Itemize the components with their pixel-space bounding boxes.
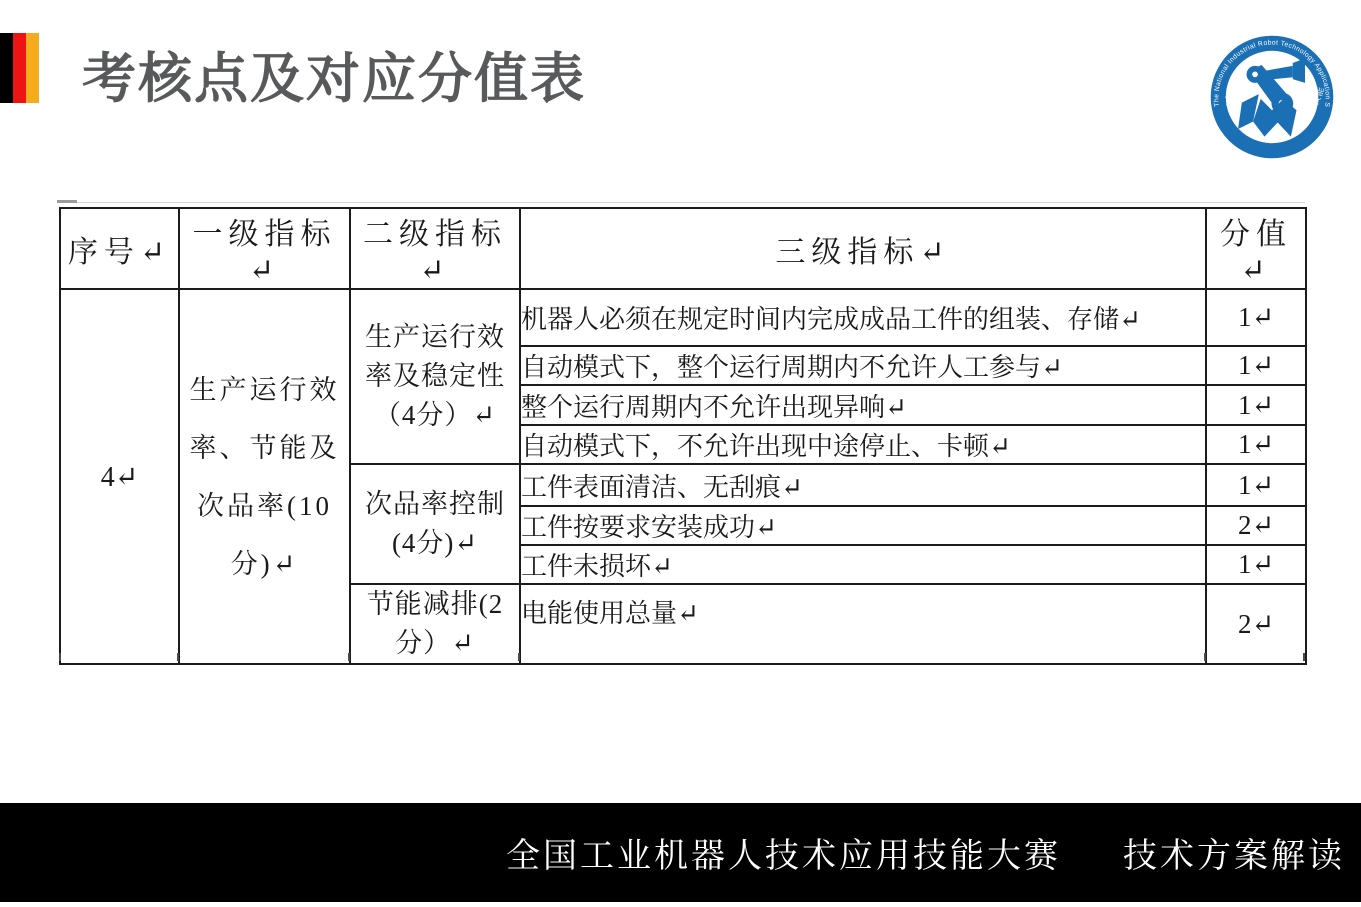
cell-level3-indicator: 整个运行周期内不允许出现异响↵ — [520, 385, 1206, 425]
flag-stripe-black — [0, 33, 13, 103]
column-line-stub — [59, 653, 61, 661]
footer-bar: 全国工业机器人技术应用技能大赛 技术方案解读 — [0, 803, 1361, 902]
competition-logo: The National Industrial Robot Technology… — [1206, 31, 1338, 163]
header-cell-level3: 三级指标↵ — [520, 208, 1206, 289]
header-cell-score: 分值↵ — [1206, 208, 1306, 289]
cell-level2-indicator: 生产运行效 率及稳定性 （4分）↵ — [350, 289, 520, 464]
cell-level2-indicator: 节能减排(2 分）↵ — [350, 584, 520, 664]
score-table: 序号↵ 一级指标↵ 二级指标↵ 三级指标↵ 分值↵ 4↵ 生产运行效 率、节能及… — [59, 207, 1307, 665]
header-cell-serial: 序号↵ — [60, 208, 179, 289]
cell-level3-indicator: 自动模式下，整个运行周期内不允许人工参与↵ — [520, 346, 1206, 385]
cell-level2-indicator: 次品率控制 (4分)↵ — [350, 464, 520, 584]
footer-doc-title: 技术方案解读 — [1123, 828, 1345, 877]
table-header-row: 序号↵ 一级指标↵ 二级指标↵ 三级指标↵ 分值↵ — [60, 208, 1306, 289]
footer-competition-name: 全国工业机器人技术应用技能大赛 — [506, 828, 1061, 877]
cell-level3-indicator: 电能使用总量↵ — [520, 584, 1206, 664]
table-row: 4↵ 生产运行效 率、节能及 次品率(10 分)↵ 生产运行效 率及稳定性 （4… — [60, 289, 1306, 346]
column-line-stub — [1204, 653, 1206, 661]
column-line-stub — [348, 653, 350, 661]
header-cell-level2: 二级指标↵ — [350, 208, 520, 289]
header-cell-level1: 一级指标↵ — [179, 208, 350, 289]
cell-level3-indicator: 工件表面清洁、无刮痕↵ — [520, 464, 1206, 506]
cell-level3-indicator: 自动模式下，不允许出现中途停止、卡顿↵ — [520, 425, 1206, 464]
flag-stripe-red — [13, 33, 26, 103]
cell-level3-indicator: 工件未损坏↵ — [520, 545, 1206, 584]
column-line-stub — [1303, 653, 1305, 661]
slide-canvas: { "slide": { "title": "考核点及对应分值表", "flag… — [0, 0, 1361, 907]
cell-score: 1↵ — [1206, 289, 1306, 346]
cell-score: 1↵ — [1206, 425, 1306, 464]
cell-score: 1↵ — [1206, 385, 1306, 425]
cell-score: 1↵ — [1206, 545, 1306, 584]
cell-serial: 4↵ — [60, 289, 179, 664]
faint-gridline — [59, 202, 1305, 203]
cell-level1-indicator: 生产运行效 率、节能及 次品率(10 分)↵ — [179, 289, 350, 664]
flag-stripe-gold — [26, 33, 39, 103]
cell-score: 1↵ — [1206, 346, 1306, 385]
column-line-stub — [177, 653, 179, 661]
column-line-stub — [518, 653, 520, 661]
cell-score: 2↵ — [1206, 506, 1306, 545]
table-handle-dash — [57, 200, 77, 203]
cell-score: 1↵ — [1206, 464, 1306, 506]
cell-score: 2↵ — [1206, 584, 1306, 664]
cell-level3-indicator: 机器人必须在规定时间内完成成品工件的组装、存储↵ — [520, 289, 1206, 346]
page-title: 考核点及对应分值表 — [82, 36, 586, 113]
cell-level3-indicator: 工件按要求安装成功↵ — [520, 506, 1206, 545]
